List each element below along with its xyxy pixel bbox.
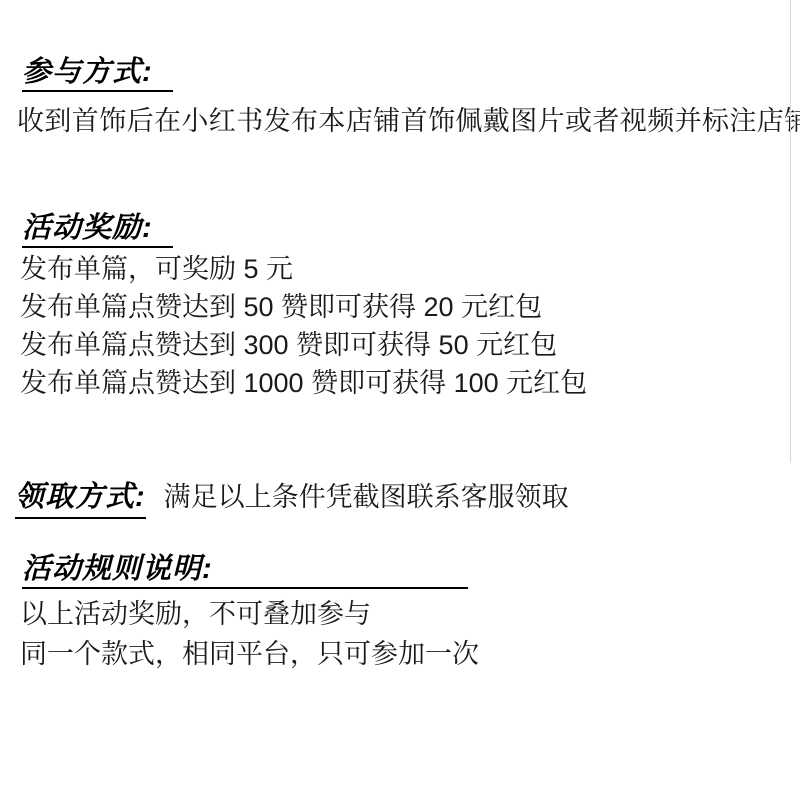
rewards-heading: 活动奖励:: [22, 212, 173, 248]
rules-heading-text: 活动规则说明:: [22, 553, 468, 589]
rule-line-2: 同一个款式，相同平台，只可参加一次: [20, 634, 479, 674]
page-edge-divider: [790, 0, 791, 463]
activity-rules-document: 参与方式: 收到首饰后在小红书发布本店铺首饰佩戴图片或者视频并标注店铺名 活动奖…: [0, 0, 800, 800]
participation-heading-text: 参与方式:: [22, 56, 173, 92]
reward-line-4: 发布单篇点赞达到 1000 赞即可获得 100 元红包: [20, 364, 587, 402]
participation-instruction: 收到首饰后在小红书发布本店铺首饰佩戴图片或者视频并标注店铺名: [17, 99, 800, 138]
rules-list: 以上活动奖励，不可叠加参与 同一个款式，相同平台，只可参加一次: [20, 594, 479, 674]
rewards-heading-text: 活动奖励:: [22, 212, 173, 248]
rewards-list: 发布单篇，可奖励 5 元 发布单篇点赞达到 50 赞即可获得 20 元红包 发布…: [20, 250, 587, 402]
rules-heading: 活动规则说明:: [22, 553, 468, 589]
reward-line-2: 发布单篇点赞达到 50 赞即可获得 20 元红包: [20, 288, 587, 326]
claim-heading-text: 领取方式:: [15, 474, 146, 519]
reward-line-3: 发布单篇点赞达到 300 赞即可获得 50 元红包: [20, 326, 587, 364]
participation-heading: 参与方式:: [22, 56, 173, 92]
claim-instruction: 满足以上条件凭截图联系客服领取: [164, 482, 569, 512]
claim-section: 领取方式:满足以上条件凭截图联系客服领取: [15, 474, 569, 519]
rule-line-1: 以上活动奖励，不可叠加参与: [20, 594, 479, 634]
reward-line-1: 发布单篇，可奖励 5 元: [20, 250, 587, 288]
